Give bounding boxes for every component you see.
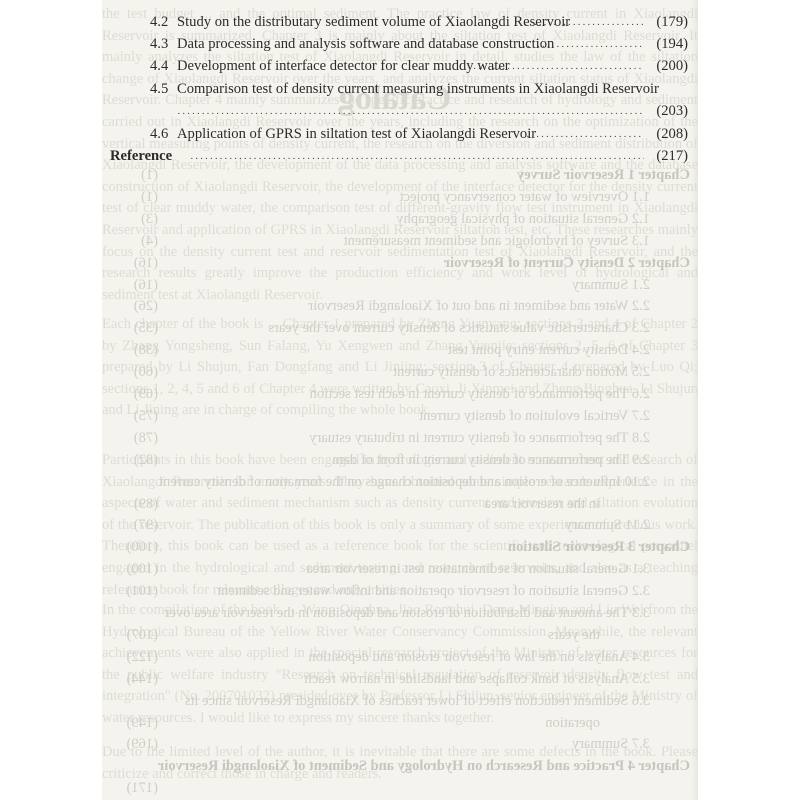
bleed-toc-page: (16) — [134, 277, 158, 294]
toc-page-number: (194) — [656, 36, 688, 53]
bleed-toc-page: (69) — [134, 386, 158, 403]
bleed-toc-line: Chapter 2 Density Current of Reservoir — [444, 255, 690, 272]
toc-page-number: (179) — [656, 14, 688, 31]
bleed-toc-line: 2.8 The performance of density current i… — [309, 430, 650, 447]
book-page: the test budget ... and the optimal sedi… — [102, 0, 698, 800]
bleed-toc-line: 3.7 Summary — [572, 736, 650, 753]
bleed-toc-page: (89) — [134, 496, 158, 513]
toc-section-number: 4.2 — [150, 14, 168, 31]
toc-entry[interactable]: 4.6 Application of GPRS in siltation tes… — [102, 126, 698, 148]
bleed-toc-line: the years — [548, 627, 600, 644]
toc-section-title: Application of GPRS in siltation test of… — [177, 126, 536, 143]
bleed-toc-page: (144) — [127, 671, 158, 688]
bleed-toc-page: (26) — [134, 298, 158, 315]
bleed-toc-page: (35) — [134, 320, 158, 337]
bleed-toc-page: (171) — [127, 780, 158, 797]
toc-section-number: 4.5 — [150, 81, 168, 98]
bleed-toc-line: 2.10 Influence of erosion and deposition… — [159, 474, 650, 491]
bleed-toc-line: 2.1 Summary — [572, 277, 650, 294]
bleed-toc-line: 2.5 Motion characteristics of density cu… — [393, 364, 650, 381]
bleed-toc-line: 2.3 Characteristic value statistics of d… — [268, 320, 650, 337]
toc-entry[interactable]: 4.4 Development of interface detector fo… — [102, 58, 698, 80]
bleed-toc-page: (16) — [134, 255, 158, 272]
bleed-toc-page: (149) — [127, 715, 158, 732]
toc-section-number: 4.4 — [150, 58, 168, 75]
bleed-toc-line: in the reservoir area — [484, 496, 600, 513]
bleed-toc-line: 3.6 Sediment reduction effect of lower r… — [185, 693, 650, 710]
bleed-toc-line: 3.4 Analysis on the law of reservoir ero… — [309, 649, 651, 666]
bleed-toc-line: 1.1 Overview of water conservancy projec… — [400, 189, 650, 206]
bleed-toc-line: Chapter 4 Practice and Research on Hydro… — [158, 758, 690, 775]
bleed-toc-page: (75) — [134, 408, 158, 425]
bleed-toc-page: (4) — [141, 233, 158, 250]
bleed-toc-page: (100) — [127, 561, 158, 578]
toc-section-number: 4.3 — [150, 36, 168, 53]
toc-entry[interactable]: 4.3 Data processing and analysis softwar… — [102, 36, 698, 58]
bleed-toc-line: operation — [545, 715, 600, 732]
bleed-toc-line: 1.2 General situation of physical geogra… — [396, 211, 650, 228]
bleed-toc-line: 3.5 Analysis of bank collapse and landsl… — [305, 671, 651, 688]
bleed-toc-page: (38) — [134, 342, 158, 359]
bleed-toc-line: 2.2 Water and sediment in and out of Xia… — [308, 298, 650, 315]
bleed-toc-line: 3.2 General situation of reservoir opera… — [217, 583, 650, 600]
toc-page-number: (217) — [656, 148, 688, 165]
toc-section-title: Data processing and analysis software an… — [177, 36, 554, 53]
bleed-toc-line: 2.9 The performance of density current i… — [332, 452, 650, 469]
bleed-toc-line: 3.1 General situation of sedimentation t… — [307, 561, 650, 578]
bleed-toc-page: (122) — [127, 649, 158, 666]
bleed-toc-page: (100) — [127, 539, 158, 556]
dot-leader: ········································… — [463, 58, 644, 80]
bleed-toc-line: 2.11 Summary — [565, 517, 650, 534]
toc-page-number: (203) — [656, 103, 688, 120]
bleed-toc-page: (78) — [134, 430, 158, 447]
bleed-toc-page: (82) — [134, 452, 158, 469]
toc-page-number: (208) — [656, 126, 688, 143]
bleed-toc-page: (101) — [127, 583, 158, 600]
bleed-toc-line: 2.7 Vertical evolution of density curren… — [419, 408, 650, 425]
bleed-toc-line: 2.4 Density current entry point test — [448, 342, 650, 359]
bleed-toc-line: 1.3 Survey of hydrologic and sediment me… — [344, 233, 650, 250]
bleed-toc-page: (3) — [141, 211, 158, 228]
dot-leader: ········································… — [522, 36, 644, 58]
toc-section-number: 4.6 — [150, 126, 168, 143]
bleed-toc-page: (169) — [127, 736, 158, 753]
bleed-toc-line: 2.6 The performance of density current i… — [310, 386, 650, 403]
bleed-toc-line: Chapter 3 Reservoir Siltation — [508, 539, 690, 556]
toc-section-title: Comparison test of density current measu… — [177, 81, 659, 98]
bleed-toc-page: (60) — [134, 364, 158, 381]
bleed-toc-page: (97) — [134, 517, 158, 534]
toc-section-title: Development of interface detector for cl… — [177, 58, 510, 75]
toc-entry[interactable]: 4.5 Comparison test of density current m… — [102, 81, 698, 103]
dot-leader: ········································… — [526, 126, 644, 148]
toc-entry-reference[interactable]: Reference ······························… — [102, 148, 698, 170]
dot-leader: ········································… — [514, 14, 644, 36]
toc-entry-continuation[interactable]: ········································… — [102, 103, 698, 125]
bleed-toc-line: 3.3 The amount and distribution of erosi… — [165, 605, 650, 622]
dot-leader: ········································… — [177, 103, 644, 125]
bleed-toc-page: (107) — [127, 627, 158, 644]
bleed-toc-page: (1) — [141, 189, 158, 206]
toc-page-number: (200) — [656, 58, 688, 75]
toc-reference-title: Reference — [110, 148, 172, 165]
dot-leader: ········································… — [190, 148, 644, 170]
toc-entry[interactable]: 4.2 Study on the distributary sediment v… — [102, 14, 698, 36]
toc-section-title: Study on the distributary sediment volum… — [177, 14, 570, 31]
